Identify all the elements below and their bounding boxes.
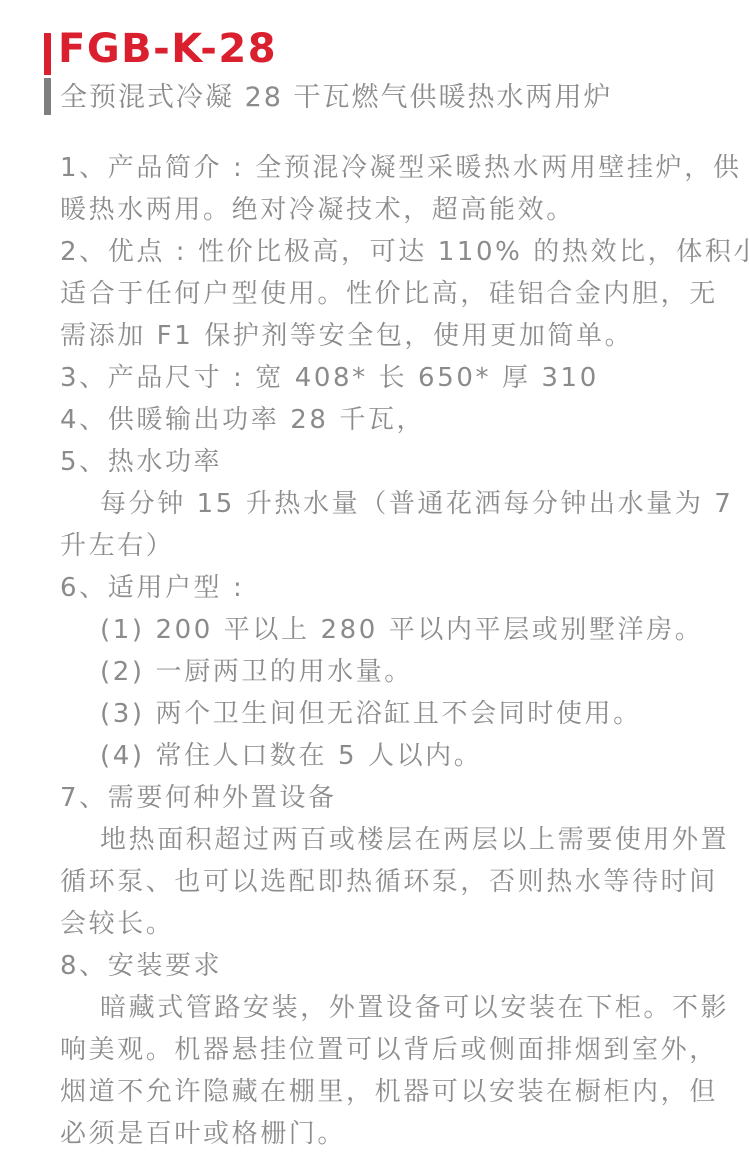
body-line: 6、适用户型 : [60,567,702,609]
page: { "page": { "background": "#ffffff" }, "… [0,0,750,1170]
body-line: 地热面积超过两百或楼层在两层以上需要使用外置 [60,819,702,861]
body-line: (4) 常住人口数在 5 人以内。 [60,735,702,777]
header: FGB-K-28 全预混式冷凝 28 干瓦燃气供暖热水两用炉 [0,0,750,140]
body-line: 5、热水功率 [60,441,702,483]
body-line: 7、需要何种外置设备 [60,777,702,819]
body-line: 烟道不允许隐藏在棚里，机器可以安装在橱柜内，但 [60,1071,702,1113]
body-lines: 1、产品简介 : 全预混冷凝型采暖热水两用壁挂炉，供暖热水两用。绝对冷凝技术，超… [60,147,702,1155]
body-line: 暖热水两用。绝对冷凝技术，超高能效。 [60,189,702,231]
body-line: 1、产品简介 : 全预混冷凝型采暖热水两用壁挂炉，供 [60,147,702,189]
gray-accent-bar [44,78,51,115]
red-accent-bar [44,33,51,75]
body-line: 必须是百叶或格栅门。 [60,1113,702,1155]
body-line: 适合于任何户型使用。性价比高，硅铝合金内胆，无 [60,273,702,315]
body-line: 响美观。机器悬挂位置可以背后或侧面排烟到室外， [60,1029,702,1071]
product-sheet: FGB-K-28 全预混式冷凝 28 干瓦燃气供暖热水两用炉 1、产品简介 : … [0,0,750,1170]
body-line: (3) 两个卫生间但无浴缸且不会同时使用。 [60,693,702,735]
product-subtitle: 全预混式冷凝 28 干瓦燃气供暖热水两用炉 [60,80,613,116]
body-line: 每分钟 15 升热水量（普通花洒每分钟出水量为 7 [60,483,702,525]
body-line: 8、安装要求 [60,945,702,987]
body-line: 升左右） [60,525,702,567]
body-line: (1) 200 平以上 280 平以内平层或别墅洋房。 [60,609,702,651]
body-line: 暗藏式管路安装，外置设备可以安装在下柜。不影 [60,987,702,1029]
product-model-title: FGB-K-28 [58,26,277,72]
body-line: 会较长。 [60,903,702,945]
body-line: 4、供暖输出功率 28 千瓦， [60,399,702,441]
body-line: 2、优点 : 性价比极高，可达 110% 的热效比，体积小， [60,231,702,273]
body-line: 3、产品尺寸 : 宽 408* 长 650* 厚 310 [60,357,702,399]
body-line: 需添加 F1 保护剂等安全包，使用更加简单。 [60,315,702,357]
body-line: (2) 一厨两卫的用水量。 [60,651,702,693]
body-line: 循环泵、也可以选配即热循环泵，否则热水等待时间 [60,861,702,903]
